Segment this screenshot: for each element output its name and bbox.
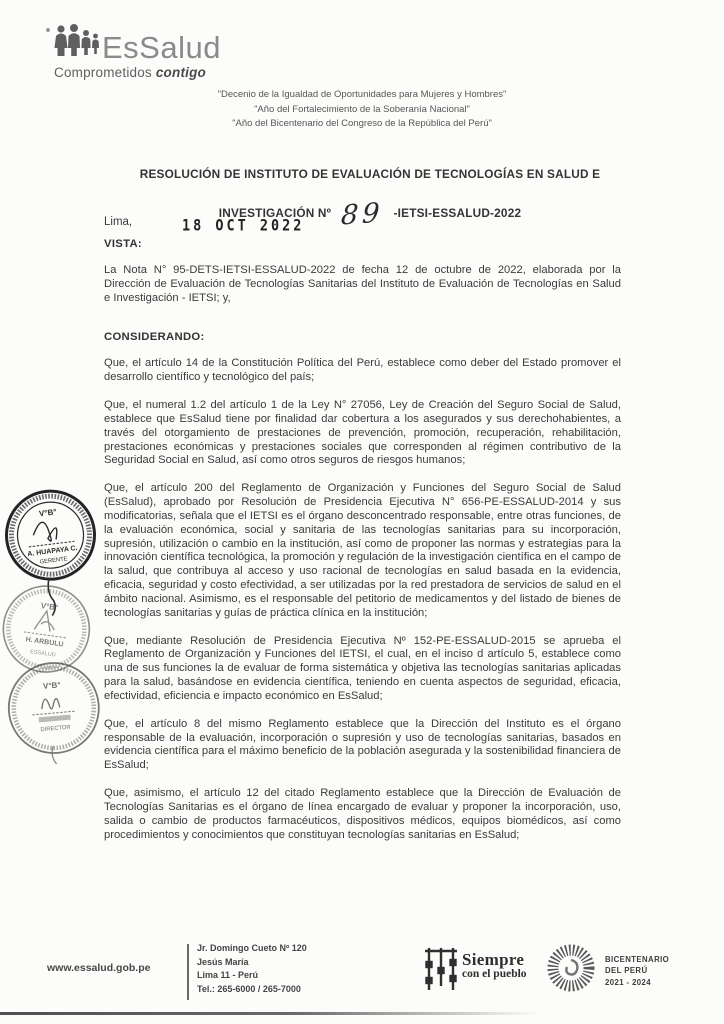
vista-paragraph: La Nota N° 95-DETS-IETSI-ESSALUD-2022 de… — [104, 264, 621, 305]
quote-line-2: "Año del Fortalecimiento de la Soberanía… — [0, 103, 724, 118]
scan-speck — [46, 28, 50, 32]
address-line-3: Lima 11 - Perú — [197, 969, 307, 983]
address-line-1: Jr. Domingo Cueto Nº 120 — [197, 942, 307, 956]
bicentenario-line-1: BICENTENARIO — [605, 954, 669, 965]
considerando-paragraph-1: Que, el artículo 14 de la Constitución P… — [104, 357, 621, 385]
slogan: Siempre con el pueblo — [462, 950, 527, 980]
date-stamp: 18 OCT 2022 — [182, 217, 304, 235]
family-figures-icon — [54, 24, 100, 63]
svg-text:GERENTE: GERENTE — [39, 556, 68, 565]
svg-text:H. ARBULU: H. ARBULU — [25, 636, 64, 648]
address-line-2: Jesús María — [197, 956, 307, 970]
svg-text:A. HUAPAYA C.: A. HUAPAYA C. — [27, 545, 78, 558]
brand-name: EsSalud — [102, 32, 221, 63]
address-line-4: Tel.: 265-6000 / 265-7000 — [197, 983, 307, 997]
quote-line-1: "Decenio de la Igualdad de Oportunidades… — [0, 88, 724, 103]
considerando-paragraph-4: Que, mediante Resolución de Presidencia … — [104, 635, 621, 704]
quote-line-3: "Año del Bicentenario del Congreso de la… — [0, 117, 724, 132]
considerando-heading: CONSIDERANDO: — [104, 331, 621, 343]
slogan-line-2: con el pueblo — [462, 968, 527, 980]
brand-tagline: Comprometidos contigo — [54, 65, 221, 80]
essalud-logo: EsSalud Comprometidos contigo — [54, 24, 221, 80]
document-body: VISTA: La Nota N° 95-DETS-IETSI-ESSALUD-… — [104, 238, 621, 856]
considerando-paragraph-2: Que, el numeral 1.2 del artículo 1 de la… — [104, 399, 621, 468]
bicentenario-line-2: DEL PERÚ — [605, 965, 669, 976]
bicentenario-sunburst-icon — [545, 942, 597, 999]
svg-text:V°B°: V°B° — [40, 601, 59, 612]
footer-divider — [187, 944, 189, 1000]
address-block: Jr. Domingo Cueto Nº 120 Jesús María Lim… — [197, 942, 307, 996]
svg-text:V°B°: V°B° — [43, 680, 61, 690]
svg-text:ESSALUD: ESSALUD — [30, 649, 56, 659]
slogan-line-1: Siempre — [462, 950, 527, 970]
dateline: Lima, 18 OCT 2022 — [104, 212, 620, 230]
page-footer: www.essalud.gob.pe Jr. Domingo Cueto Nº … — [0, 938, 724, 1008]
considerando-paragraph-5: Que, el artículo 8 del mismo Reglamento … — [104, 718, 621, 773]
header-quotes: "Decenio de la Igualdad de Oportunidades… — [0, 88, 724, 132]
bicentenario-text: BICENTENARIO DEL PERÚ 2021 - 2024 — [605, 954, 669, 988]
bicentenario-line-3: 2021 - 2024 — [605, 977, 669, 988]
scanned-resolution-page: EsSalud Comprometidos contigo "Decenio d… — [0, 0, 724, 1024]
svg-text:DIRECTOR: DIRECTOR — [40, 725, 71, 734]
city-label: Lima, — [104, 216, 132, 228]
considerando-paragraph-6: Que, asimismo, el artículo 12 del citado… — [104, 787, 621, 842]
considerando-paragraph-3: Que, el artículo 200 del Reglamento de O… — [104, 482, 621, 620]
svg-text:V°B°: V°B° — [39, 507, 57, 518]
approval-stamp-director: V°B° DIRECTOR — [2, 656, 106, 765]
scan-artifact-line — [0, 1012, 540, 1015]
website-url: www.essalud.gob.pe — [47, 962, 150, 974]
title-line-1: RESOLUCIÓN DE INSTITUTO DE EVALUACIÓN DE… — [140, 167, 600, 181]
trident-icon — [424, 946, 458, 997]
vista-heading: VISTA: — [104, 238, 621, 250]
